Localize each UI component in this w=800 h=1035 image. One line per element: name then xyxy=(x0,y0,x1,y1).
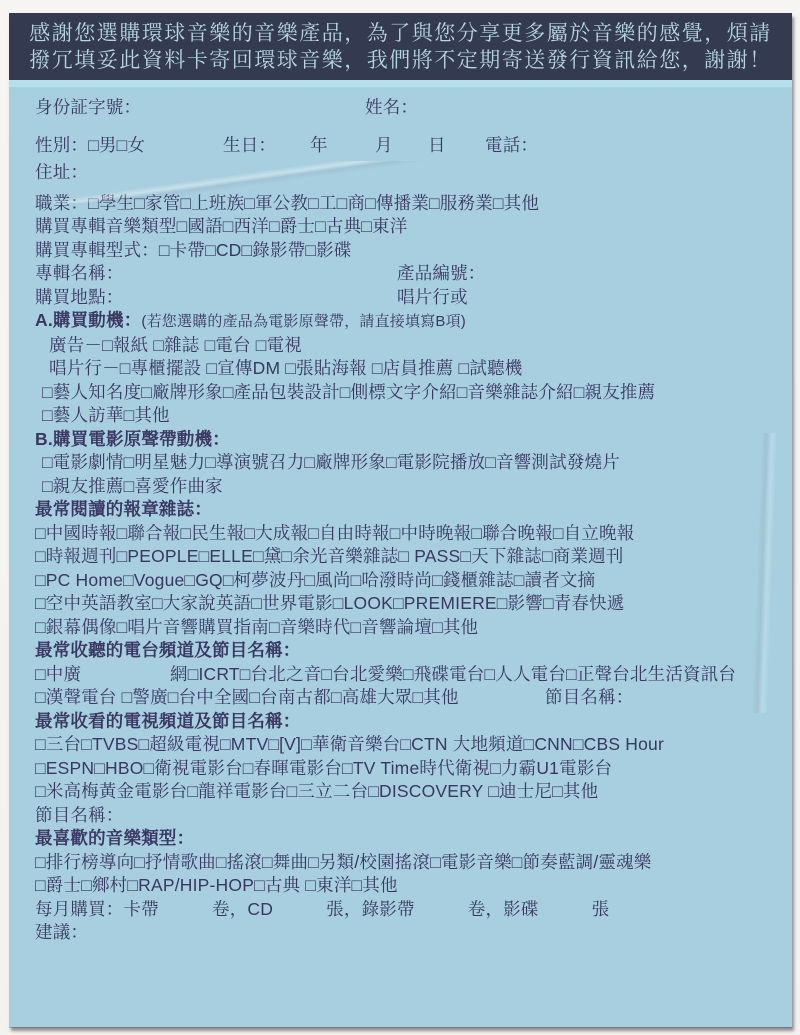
tv-line-1-seg-0: □三台□TVBS□超級電視□MTV□[V]□華衛音樂台□CTN 大地頻道□CNN… xyxy=(35,734,664,754)
gender-birthday-row: 性別：□男□女生日：年月日電話： xyxy=(9,134,792,158)
section-a-purchase-motive: A.購買動機：(若您選購的產品為電影原聲帶，請直接填寫B項) xyxy=(9,309,792,334)
press-line-3: □PC Home□Vogue□GQ□柯夢波丹□風尚□哈潑時尚□錢櫃雜誌□讀者文摘 xyxy=(9,569,792,593)
motive-options-line-1: □藝人知名度□廠牌形象□產品包裝設計□側標文字介紹□音樂雜誌介紹□親友推薦 xyxy=(9,381,792,405)
album-name-row-seg-1: 產品編號： xyxy=(397,262,486,286)
record-store-options-line: 唱片行－□專櫃擺設 □宣傳DM □張貼海報 □店員推薦 □試聽機 xyxy=(9,357,792,381)
genre-line-1: □排行榜導向□抒情歌曲□搖滾□舞曲□另類/校園搖滾□電影音樂□節奏藍調/靈魂樂 xyxy=(9,851,792,875)
tv-line-3: □米高梅黃金電影台□龍祥電影台□三立二台□DISCOVERY □迪士尼□其他 xyxy=(9,780,792,804)
section-press-magazines-seg-0: 最常閱讀的報章雜誌： xyxy=(35,499,212,519)
section-radio-seg-0: 最常收聽的電台頻道及節目名稱： xyxy=(35,640,301,660)
press-line-4-seg-0: □空中英語教室□大家說英語□世界電影□LOOK□PREMIERE□影響□青春快遞 xyxy=(35,593,625,613)
section-radio: 最常收聽的電台頻道及節目名稱： xyxy=(9,639,792,663)
radio-line-1: □中廣網□ICRT□台北之音□台北愛樂□飛碟電台□人人電台□正聲台北生活資訊台 xyxy=(9,663,792,687)
section-a-purchase-motive-seg-1: (若您選購的產品為電影原聲帶，請直接填寫B項) xyxy=(141,313,466,330)
radio-line-1-seg-0: □中廣 xyxy=(35,664,81,684)
section-music-genre: 最喜歡的音樂類型： xyxy=(9,827,792,851)
ad-options-line: 廣告－□報紙 □雜誌 □電台 □電視 xyxy=(9,334,792,358)
tv-line-2: □ESPN□HBO□衛視電影台□春暉電影台□TV Time時代衛視□力霸U1電影… xyxy=(9,757,792,781)
press-line-1: □中國時報□聯合報□民生報□大成報□自由時報□中時晚報□聯合晚報□自立晚報 xyxy=(9,522,792,546)
program-name-line: 節目名稱： xyxy=(9,804,792,828)
header-band: 感謝您選購環球音樂的音樂產品，為了與您分享更多屬於音樂的感覺，煩請 撥冗填妥此資… xyxy=(9,13,792,87)
id-name-row: 身份証字號：姓名： xyxy=(9,96,792,120)
program-name-line-seg-0: 節目名稱： xyxy=(35,805,124,825)
purchase-place-row-seg-1: 唱片行或 xyxy=(397,286,468,310)
gender-birthday-row-seg-5: 電話： xyxy=(485,134,538,158)
gender-birthday-row-seg-2: 年 xyxy=(310,134,328,158)
occupation-line-seg-0: 職業：□學生□家管□上班族□軍公教□工□商□傳播業□服務業□其他 xyxy=(35,193,539,213)
press-line-3-seg-0: □PC Home□Vogue□GQ□柯夢波丹□風尚□哈潑時尚□錢櫃雜誌□讀者文摘 xyxy=(35,570,595,590)
soundtrack-options-line-1-seg-0: □電影劇情□明星魅力□導演號召力□廠牌形象□電影院播放□音響測試發燒片 xyxy=(42,452,620,472)
purchase-place-row: 購買地點：唱片行或 xyxy=(9,286,792,310)
soundtrack-options-line-2-seg-0: □親友推薦□喜愛作曲家 xyxy=(42,476,223,496)
gender-birthday-row-seg-3: 月 xyxy=(375,134,393,158)
id-name-row-seg-1: 姓名： xyxy=(365,96,418,120)
genre-line-2: □爵士□鄉村□RAP/HIP-HOP□古典 □東洋□其他 xyxy=(9,874,792,898)
press-line-5: □銀幕偶像□唱片音響購買指南□音樂時代□音響論壇□其他 xyxy=(9,616,792,640)
album-music-type-line: 購買專輯音樂類型□國語□西洋□爵士□古典□東洋 xyxy=(9,215,792,239)
id-name-row-seg-0: 身份証字號： xyxy=(35,97,141,117)
suggestion-line: 建議： xyxy=(9,921,792,945)
gender-birthday-row-seg-4: 日 xyxy=(428,134,446,158)
ad-options-line-seg-0: 廣告－□報紙 □雜誌 □電台 □電視 xyxy=(49,335,302,355)
press-line-4: □空中英語教室□大家說英語□世界電影□LOOK□PREMIERE□影響□青春快遞 xyxy=(9,592,792,616)
album-music-type-line-seg-0: 購買專輯音樂類型□國語□西洋□爵士□古典□東洋 xyxy=(35,216,407,236)
section-b-soundtrack-motive: B.購買電影原聲帶動機： xyxy=(9,428,792,452)
press-line-2-seg-0: □時報週刊□PEOPLE□ELLE□黛□余光音樂雜誌□ PASS□天下雜誌□商業… xyxy=(35,546,624,566)
press-line-5-seg-0: □銀幕偶像□唱片音響購買指南□音樂時代□音響論壇□其他 xyxy=(35,617,478,637)
genre-line-1-seg-0: □排行榜導向□抒情歌曲□搖滾□舞曲□另類/校園搖滾□電影音樂□節奏藍調/靈魂樂 xyxy=(35,852,652,872)
occupation-line: 職業：□學生□家管□上班族□軍公教□工□商□傳播業□服務業□其他 xyxy=(9,192,792,216)
section-tv: 最常收看的電視頻道及節目名稱： xyxy=(9,710,792,734)
album-format-line: 購買專輯型式：□卡帶□CD□錄影帶□影碟 xyxy=(9,239,792,263)
radio-line-2-seg-1: 節目名稱： xyxy=(545,686,634,710)
record-store-options-line-seg-0: 唱片行－□專櫃擺設 □宣傳DM □張貼海報 □店員推薦 □試聽機 xyxy=(49,358,522,378)
purchase-place-row-seg-0: 購買地點： xyxy=(35,287,124,307)
monthly-purchase-line-seg-0: 每月購買：卡帶 卷，CD 張，錄影帶 卷，影碟 張 xyxy=(35,899,609,919)
tv-line-1: □三台□TVBS□超級電視□MTV□[V]□華衛音樂台□CTN 大地頻道□CNN… xyxy=(9,733,792,757)
address-line: 住址： xyxy=(9,161,792,185)
radio-line-1-seg-1: 網□ICRT□台北之音□台北愛樂□飛碟電台□人人電台□正聲台北生活資訊台 xyxy=(170,663,736,687)
section-press-magazines: 最常閱讀的報章雜誌： xyxy=(9,498,792,522)
tv-line-2-seg-0: □ESPN□HBO□衛視電影台□春暉電影台□TV Time時代衛視□力霸U1電影… xyxy=(35,758,612,778)
soundtrack-options-line-1: □電影劇情□明星魅力□導演號召力□廠牌形象□電影院播放□音響測試發燒片 xyxy=(9,451,792,475)
section-a-purchase-motive-seg-0: A.購買動機： xyxy=(35,310,141,330)
album-name-row: 專輯名稱：產品編號： xyxy=(9,262,792,286)
motive-options-line-2: □藝人訪華□其他 xyxy=(9,404,792,428)
monthly-purchase-line: 每月購買：卡帶 卷，CD 張，錄影帶 卷，影碟 張 xyxy=(9,898,792,922)
press-line-1-seg-0: □中國時報□聯合報□民生報□大成報□自由時報□中時晚報□聯合晚報□自立晚報 xyxy=(35,523,634,543)
album-format-line-seg-0: 購買專輯型式：□卡帶□CD□錄影帶□影碟 xyxy=(35,240,352,260)
gender-birthday-row-seg-0: 性別：□男□女 xyxy=(35,135,145,155)
header-line-2: 撥冗填妥此資料卡寄回環球音樂，我們將不定期寄送發行資訊給您，謝謝！ xyxy=(9,47,792,74)
album-name-row-seg-0: 專輯名稱： xyxy=(35,263,124,283)
address-line-seg-0: 住址： xyxy=(35,162,88,182)
section-music-genre-seg-0: 最喜歡的音樂類型： xyxy=(35,828,194,848)
survey-card: 感謝您選購環球音樂的音樂產品，為了與您分享更多屬於音樂的感覺，煩請 撥冗填妥此資… xyxy=(9,13,792,1027)
press-line-2: □時報週刊□PEOPLE□ELLE□黛□余光音樂雜誌□ PASS□天下雜誌□商業… xyxy=(9,545,792,569)
section-b-soundtrack-motive-seg-0: B.購買電影原聲帶動機： xyxy=(35,429,230,449)
radio-line-2: □漢聲電台 □警廣□台中全國□台南古都□高雄大眾□其他節目名稱： xyxy=(9,686,792,710)
tv-line-3-seg-0: □米高梅黃金電影台□龍祥電影台□三立二台□DISCOVERY □迪士尼□其他 xyxy=(35,781,598,801)
form-body: 身份証字號：姓名：性別：□男□女生日：年月日電話：住址：職業：□學生□家管□上班… xyxy=(9,87,792,945)
radio-line-2-seg-0: □漢聲電台 □警廣□台中全國□台南古都□高雄大眾□其他 xyxy=(35,687,459,707)
soundtrack-options-line-2: □親友推薦□喜愛作曲家 xyxy=(9,475,792,499)
genre-line-2-seg-0: □爵士□鄉村□RAP/HIP-HOP□古典 □東洋□其他 xyxy=(35,875,398,895)
suggestion-line-seg-0: 建議： xyxy=(35,922,88,942)
motive-options-line-1-seg-0: □藝人知名度□廠牌形象□產品包裝設計□側標文字介紹□音樂雜誌介紹□親友推薦 xyxy=(42,382,655,402)
gender-birthday-row-seg-1: 生日： xyxy=(223,134,276,158)
motive-options-line-2-seg-0: □藝人訪華□其他 xyxy=(42,405,170,425)
header-line-1: 感謝您選購環球音樂的音樂產品，為了與您分享更多屬於音樂的感覺，煩請 xyxy=(9,20,792,47)
section-tv-seg-0: 最常收看的電視頻道及節目名稱： xyxy=(35,711,301,731)
